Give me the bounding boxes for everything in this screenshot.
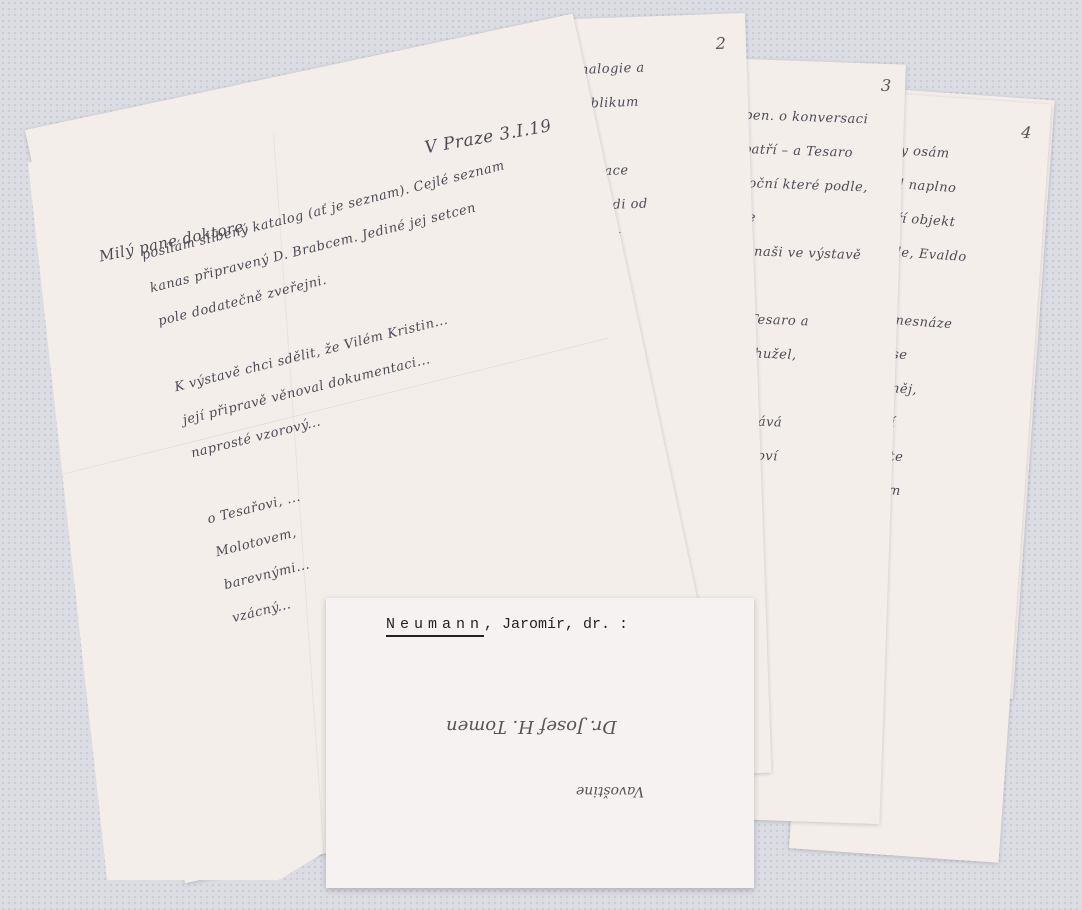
inverted-handwriting-signature: Vavoštine bbox=[576, 783, 644, 799]
page-number-3: 3 bbox=[881, 76, 892, 95]
typed-address: Neumann, Jaromír, dr. : bbox=[386, 616, 628, 633]
page-number-4-label: 4 bbox=[1021, 123, 1032, 143]
typed-name-rest: , Jaromír, dr. : bbox=[484, 616, 628, 633]
envelope: Neumann, Jaromír, dr. : Dr. Josef H. Tom… bbox=[326, 598, 754, 888]
typed-surname: Neumann bbox=[386, 616, 484, 637]
inverted-handwriting-name: Dr. Josef H. Tomen bbox=[446, 716, 617, 737]
